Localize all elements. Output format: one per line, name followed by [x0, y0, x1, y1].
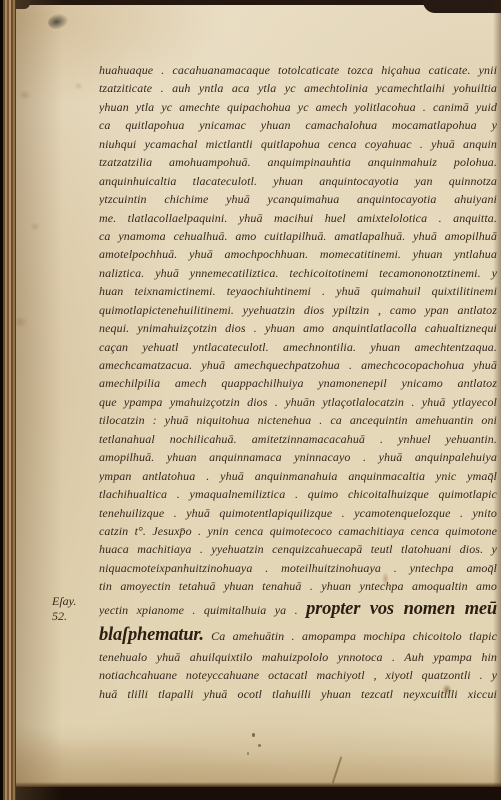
text-line: ca ynamoma cehualhuā. amo cuitlapilhuā. … — [99, 227, 497, 245]
text-line: huahuaque . cacahuanamacaque totolcatica… — [99, 61, 497, 79]
text-line: niquacmoteixpanhuitzinohuaya . moteilhui… — [99, 559, 497, 577]
text-line: tlachihualtica . ymaqualnemiliztica . qu… — [99, 485, 497, 503]
text-line: caçan yehuatl yntlacateculotl. amechnont… — [99, 338, 497, 356]
text-line: huaca machitiaya . yyehuatzin cenquizcah… — [99, 540, 497, 558]
foxing-spot — [74, 82, 83, 90]
text-line: amechilpilia amech quappachilhuiya ynamo… — [99, 374, 497, 392]
text-line: amopilhuā. yhuan anquinnamaca yninnacayo… — [99, 448, 497, 466]
text-line: tzatzatzilia amohuampohuā. anquimpinauht… — [99, 153, 497, 171]
text-line: tenehualo yhuā ahuilquixtilo mahuizpolol… — [99, 648, 497, 666]
ink-speck — [252, 733, 255, 737]
page-edge-bottom — [0, 787, 501, 800]
text-line: nequi. ynimahuizçotzin dios . yhuan amo … — [99, 319, 497, 337]
text-line: quimotlapictenehuilitinemi. yyehuatzin d… — [99, 301, 497, 319]
text-line: catzin t°. Jesuxp̄o . ynin cenca quimote… — [99, 522, 497, 540]
text-line: amechcamatzacua. yhuā amechquechpatzohua… — [99, 356, 497, 374]
text-block: huahuaque . cacahuanamacaque totolcatica… — [99, 61, 497, 703]
book-binding-edge — [0, 0, 16, 800]
ink-speck — [247, 752, 249, 755]
text-line: tetlanahual nochilicahuā. amitetzinnamac… — [99, 430, 497, 448]
text-line: anquinhuicaltia tlacateculotl. yhuan anq… — [99, 172, 497, 190]
text-line: tzatziticate . auh yntla aca ytla yc ame… — [99, 79, 497, 97]
text-line-latin-quote-start: yectin xpianome . quimitalhuia ya . prop… — [99, 596, 497, 622]
text-line: ytzcuintin chichime yhuā ycanquimahua an… — [99, 190, 497, 208]
gutter-shadow — [16, 0, 62, 800]
text-line: ympan antlatohua . yhuā anquinmanahuia a… — [99, 467, 497, 485]
text-line: amotelpochhuā. yhuā amochpochhuan. momec… — [99, 245, 497, 263]
nahuatl-continuation-text: Ca amehuātin . amopampa mochipa chicoito… — [211, 629, 497, 643]
text-line: ca quitlapohua ynicamac yhuan camachaloh… — [99, 116, 497, 134]
text-line: huan teixnamictinemi. teyaochiuhtinemi .… — [99, 282, 497, 300]
text-line: tilocatzin : yhuā niquitohua nictenehua … — [99, 411, 497, 429]
text-line-latin-quote-end: blaſphematur. Ca amehuātin . amopampa mo… — [99, 622, 497, 648]
text-line: yhuan ytla yc amechte quipachohua yc ame… — [99, 98, 497, 116]
nahuatl-intro-text: yectin xpianome . quimitalhuia ya . — [99, 603, 298, 617]
text-line: naliztica. yhuā ynnemecatiliztica. techi… — [99, 264, 497, 282]
latin-quote-part2: blaſphematur. — [99, 625, 204, 645]
text-line: huā tlilli tlapalli yhuā ocotl tlahuilli… — [99, 685, 497, 703]
text-line: notiachcahuane noteyccahuane octacatl ma… — [99, 666, 497, 684]
text-line: tin amoyectin tetahuā yhuan tenahuā . yh… — [99, 577, 497, 595]
manuscript-photo: Eſay. 52. huahuaque . cacahuanamacaque t… — [0, 0, 501, 800]
page-edge-right-shadow — [493, 0, 501, 800]
text-line: me. tlatlacollaelpaquini. yhuā macihui h… — [99, 209, 497, 227]
text-line: tenehuilizque . yhuā quimotentlapiquiliz… — [99, 504, 497, 522]
text-line: niuhqui ycamachal mictlantli quitlapohua… — [99, 135, 497, 153]
ink-speck — [258, 744, 261, 747]
binding-corner-top-right — [423, 0, 501, 13]
text-line: que ypampa ymahuizçotzin dios . yhuān yt… — [99, 393, 497, 411]
